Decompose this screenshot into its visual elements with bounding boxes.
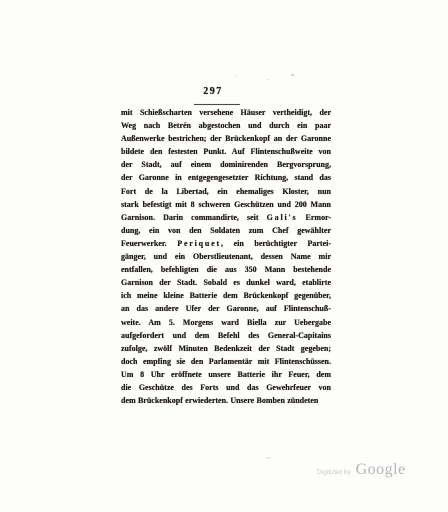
scan-artifact (267, 79, 270, 80)
text-line: Weg nach Betrén abgestochen und durch ei… (121, 119, 331, 132)
page-number: 297 (190, 86, 236, 97)
text-line: Um 8 Uhr eröffnete unsere Batterie ihr F… (121, 368, 331, 381)
text-line: Garnison der Stadt. Sobald es dunkel war… (121, 276, 331, 289)
google-logo: Google (356, 461, 406, 479)
scan-artifact (291, 74, 294, 76)
text-line: aufgefordert und dem Befehl des General-… (121, 329, 331, 342)
text-line: an das andere Ufer der Garonne, auf Flin… (121, 302, 331, 315)
text-line: Garnison. Darin commandirte, seit Gali's… (121, 211, 331, 224)
book-page: 297 mit Schießscharten versehene Häuser … (0, 0, 448, 512)
watermark: Digitized by Google (317, 461, 406, 479)
text-line: ich meine kleine Batterie dem Brückenkop… (121, 289, 331, 302)
text-line: weite. Am 5. Morgens ward Biella zur Ueb… (121, 316, 331, 329)
text-line: der Stadt, auf einem dominirenden Bergvo… (121, 158, 331, 171)
text-line: entfallen, befehligten die aus 350 Mann … (121, 263, 331, 276)
text-block: mit Schießscharten versehene Häuser vert… (121, 106, 331, 407)
text-line: bildete den festesten Punkt. Auf Flinten… (121, 145, 331, 158)
text-line: dem Brückenkopf erwiederten. Unsere Bomb… (121, 394, 331, 407)
scan-artifact (235, 76, 237, 77)
text-line: doch empfing sie den Parlamentär mit Fli… (121, 355, 331, 368)
text-line: gänger, und ein Oberstlieutenant, dessen… (121, 250, 331, 263)
scan-artifact (266, 457, 271, 459)
text-line: Fort de la Libertad, ein ehemaliges Klos… (121, 185, 331, 198)
text-line: der Garonne in entgegengesetzter Richtun… (121, 171, 331, 184)
watermark-prefix: Digitized by (317, 469, 351, 476)
text-line: mit Schießscharten versehene Häuser vert… (121, 106, 331, 119)
text-line: die Geschütze des Forts und das Gewehrfe… (121, 381, 331, 394)
text-line: dung, ein von den Soldaten zum Chef gewä… (121, 224, 331, 237)
text-line: stark befestigt mit 8 schweren Geschütze… (121, 198, 331, 211)
text-line: Feuerwerker. Periquet, ein berüchtigter … (121, 237, 331, 250)
text-line: zufolge, zwölf Minuten Bedenkzeit der St… (121, 342, 331, 355)
text-line: Außenwerke bestrichen; der Brückenkopf a… (121, 132, 331, 145)
header-rule (194, 104, 240, 105)
